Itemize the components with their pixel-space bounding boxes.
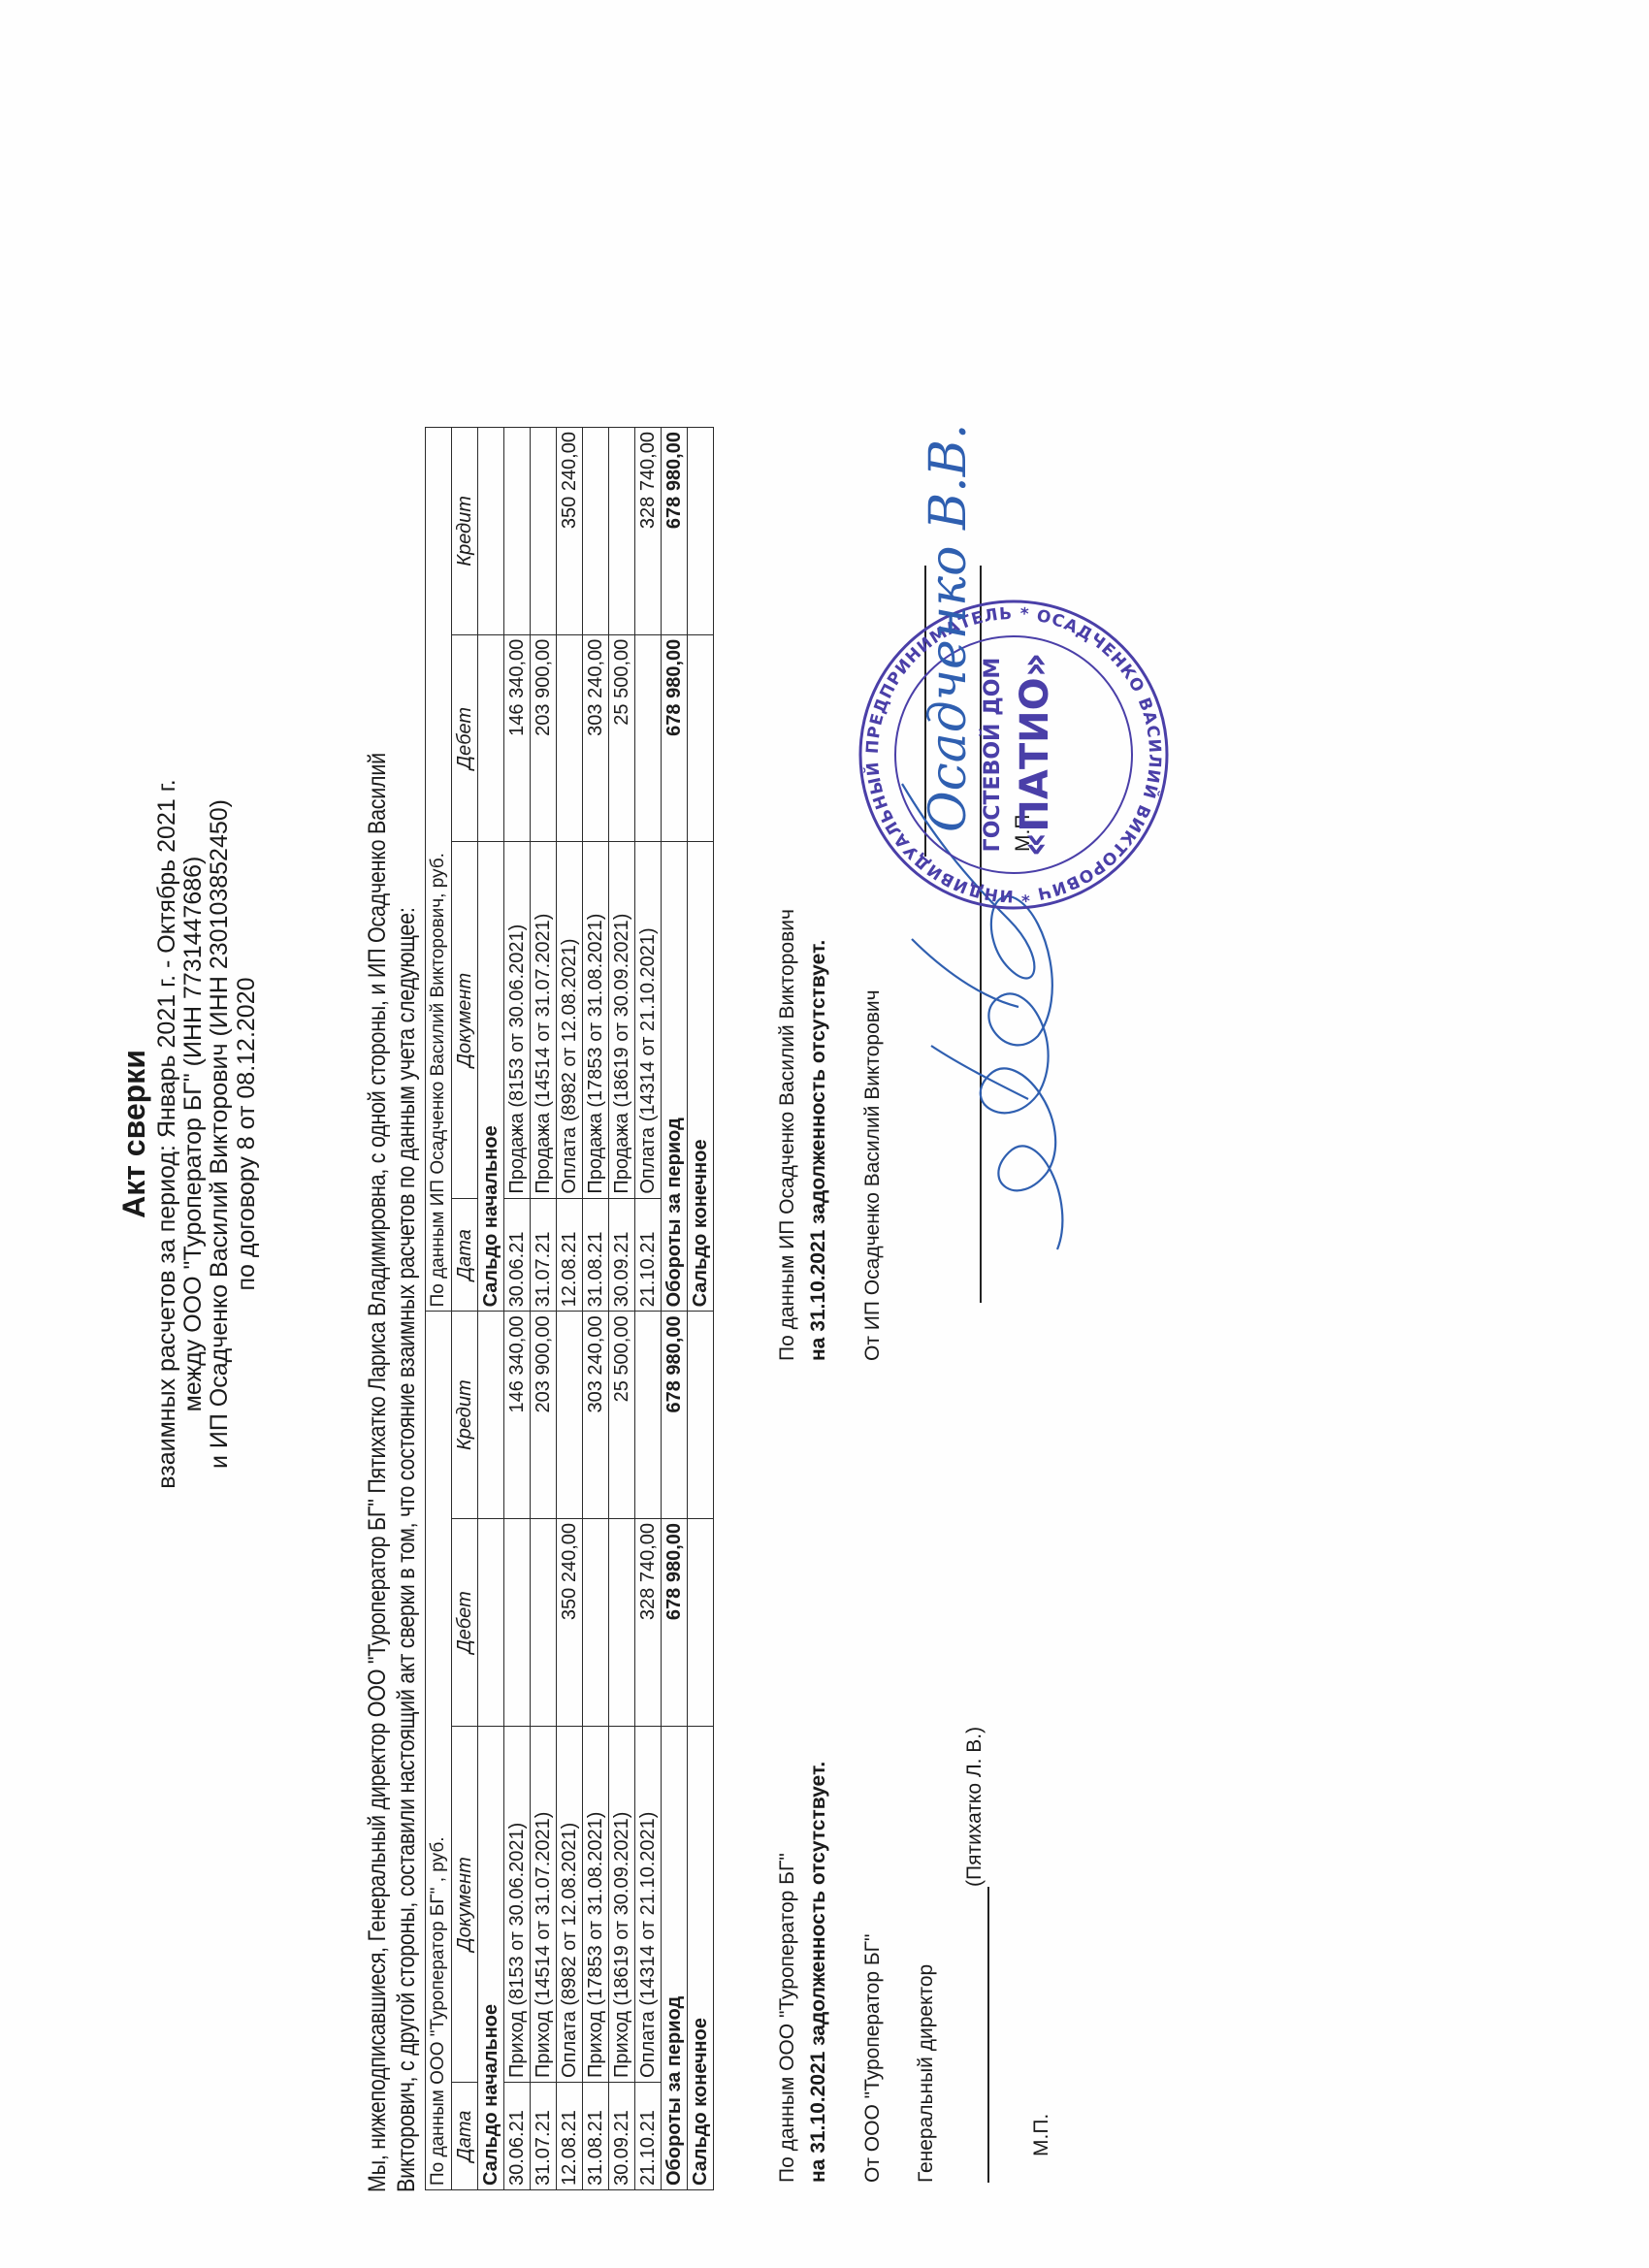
cell-credit-left: 203 900,00 [531, 1312, 557, 1519]
turnover-label-left: Обороты за период [662, 1726, 688, 2189]
cell-date-left: 21.10.21 [635, 2082, 662, 2189]
cell-document-right: Продажа (18619 от 30.09.2021) [609, 842, 635, 1198]
reconciliation-table: По данным ООО "Туроператор БГ" , руб. По… [425, 427, 714, 2190]
left-statement-line-1: По данным ООО "Туроператор БГ" [776, 1853, 799, 2183]
handwritten-name-icon: Осадченко В.В. [912, 328, 989, 832]
subtitle-contract: по договору 8 от 08.12.2020 [233, 0, 261, 2268]
header-debit-right: Дебет [452, 634, 478, 842]
turnover-label-right: Обороты за период [662, 842, 688, 1312]
cell-document-left: Приход (18619 от 30.09.2021) [609, 1726, 635, 2082]
cell-date-right: 31.08.21 [583, 1198, 609, 1312]
right-statement-line-2: на 31.10.2021 задолженность отсутствует. [807, 940, 830, 1361]
document-title: Акт сверки [116, 0, 152, 2268]
handwritten-name-text: Осадченко В.В. [920, 424, 978, 832]
cell-debit-right [557, 634, 583, 842]
cell-document-left: Приход (14514 от 31.07.2021) [531, 1726, 557, 2082]
turnover-credit-right: 678 980,00 [662, 428, 688, 635]
cell-credit-left [557, 1312, 583, 1519]
cell-debit-right: 25 500,00 [609, 634, 635, 842]
cell-date-right: 31.07.21 [531, 1198, 557, 1312]
cell-credit-left: 303 240,00 [583, 1312, 609, 1519]
table-row: 30.06.21Приход (8153 от 30.06.2021)146 3… [504, 428, 531, 2190]
table-header-row: Дата Документ Дебет Кредит Дата Документ… [452, 428, 478, 2190]
transaction-rows: 30.06.21Приход (8153 от 30.06.2021)146 3… [504, 428, 662, 2190]
reconciliation-act-page: Акт сверки взаимных расчетов за период: … [0, 0, 1649, 2268]
subtitle-period: взаимных расчетов за период: Январь 2021… [153, 0, 181, 2268]
cell-debit-left: 350 240,00 [557, 1518, 583, 1726]
cell-date-right: 30.06.21 [504, 1198, 531, 1312]
closing-balance-label-right: Сальдо конечное [688, 842, 714, 1312]
closing-credit-right [688, 428, 714, 635]
cell-date-right: 30.09.21 [609, 1198, 635, 1312]
cell-debit-right: 146 340,00 [504, 634, 531, 842]
cell-document-right: Продажа (8153 от 30.06.2021) [504, 842, 531, 1198]
header-document-left: Документ [452, 1726, 478, 2082]
cell-date-left: 31.08.21 [583, 2082, 609, 2189]
subtitle-parties-1: между ООО "Туроператор БГ" (ИНН 77314476… [179, 0, 208, 2268]
intro-line-2: Викторович, с другой стороны, составили … [393, 907, 421, 2192]
cell-date-left: 30.09.21 [609, 2082, 635, 2189]
cell-credit-right: 350 240,00 [557, 428, 583, 635]
opening-balance-label-left: Сальдо начальное [478, 1726, 504, 2189]
right-statement-date: на 31.10.2021 [807, 1230, 829, 1361]
left-caption: По данным ООО "Туроператор БГ" , руб. [426, 1312, 452, 2190]
cell-credit-right [583, 428, 609, 635]
cell-document-right: Оплата (14314 от 21.10.2021) [635, 842, 662, 1198]
right-statement-line-1: По данным ИП Осадченко Василий Викторови… [776, 909, 799, 1361]
cell-debit-left [531, 1518, 557, 1726]
cell-debit-left [504, 1518, 531, 1726]
turnover-credit-left: 678 980,00 [662, 1312, 688, 1519]
cell-credit-left [635, 1312, 662, 1519]
closing-debit-left [688, 1518, 714, 1726]
cell-credit-left: 25 500,00 [609, 1312, 635, 1519]
cell-credit-left: 146 340,00 [504, 1312, 531, 1519]
table-row: 12.08.21Оплата (8982 от 12.08.2021)350 2… [557, 428, 583, 2190]
cell-document-left: Оплата (8982 от 12.08.2021) [557, 1726, 583, 2082]
header-document-right: Документ [452, 842, 478, 1198]
table-caption-row: По данным ООО "Туроператор БГ" , руб. По… [426, 428, 452, 2190]
opening-credit-left [478, 1312, 504, 1519]
opening-debit-right [478, 634, 504, 842]
table-row: 31.07.21Приход (14514 от 31.07.2021)203 … [531, 428, 557, 2190]
cell-date-left: 12.08.21 [557, 2082, 583, 2189]
left-from-party: От ООО "Туроператор БГ" [861, 1934, 885, 2183]
cell-debit-left [609, 1518, 635, 1726]
closing-balance-row: Сальдо конечное Сальдо конечное [688, 428, 714, 2190]
cell-debit-right [635, 634, 662, 842]
cell-credit-right [504, 428, 531, 635]
cell-debit-left [583, 1518, 609, 1726]
opening-credit-right [478, 428, 504, 635]
closing-balance-label-left: Сальдо конечное [688, 1726, 714, 2189]
header-credit-left: Кредит [452, 1312, 478, 1519]
table-row: 21.10.21Оплата (14314 от 21.10.2021)328 … [635, 428, 662, 2190]
table-row: 30.09.21Приход (18619 от 30.09.2021)25 5… [609, 428, 635, 2190]
closing-debit-right [688, 634, 714, 842]
intro-line-1: Мы, нижеподписавшиеся, Генеральный дирек… [364, 753, 392, 2192]
left-signatory-name: (Пятихатко Л. В.) [963, 1727, 986, 1887]
opening-balance-label-right: Сальдо начальное [478, 842, 504, 1312]
left-signature-line [987, 1887, 989, 2183]
header-date-left: Дата [452, 2082, 478, 2189]
cell-document-left: Приход (17853 от 31.08.2021) [583, 1726, 609, 2082]
opening-balance-row: Сальдо начальное Сальдо начальное [478, 428, 504, 2190]
cell-debit-left: 328 740,00 [635, 1518, 662, 1726]
left-seal-mark: М.П. [1030, 2114, 1053, 2156]
cell-credit-right [531, 428, 557, 635]
right-caption: По данным ИП Осадченко Василий Викторови… [426, 428, 452, 1312]
cell-credit-right: 328 740,00 [635, 428, 662, 635]
stamp-center-line-2: «ПАТИО» [1013, 653, 1057, 858]
cell-date-left: 30.06.21 [504, 2082, 531, 2189]
table-row: 31.08.21Приход (17853 от 31.08.2021)303 … [583, 428, 609, 2190]
subtitle-parties-2: и ИП Осадченко Василий Викторович (ИНН 2… [206, 0, 234, 2268]
cell-document-right: Продажа (17853 от 31.08.2021) [583, 842, 609, 1198]
cell-date-left: 31.07.21 [531, 2082, 557, 2189]
opening-debit-left [478, 1518, 504, 1726]
turnover-debit-right: 678 980,00 [662, 634, 688, 842]
right-statement-rest: задолженность отсутствует. [807, 940, 829, 1230]
cell-date-right: 12.08.21 [557, 1198, 583, 1312]
cell-date-right: 21.10.21 [635, 1198, 662, 1312]
turnover-debit-left: 678 980,00 [662, 1518, 688, 1726]
left-position: Генеральный директор [915, 1964, 938, 2183]
cell-document-left: Приход (8153 от 30.06.2021) [504, 1726, 531, 2082]
cell-document-left: Оплата (14314 от 21.10.2021) [635, 1726, 662, 2082]
header-credit-right: Кредит [452, 428, 478, 635]
cell-credit-right [609, 428, 635, 635]
header-date-right: Дата [452, 1198, 478, 1312]
header-debit-left: Дебет [452, 1518, 478, 1726]
closing-credit-left [688, 1312, 714, 1519]
cell-document-right: Оплата (8982 от 12.08.2021) [557, 842, 583, 1198]
cell-debit-right: 303 240,00 [583, 634, 609, 842]
cell-document-right: Продажа (14514 от 31.07.2021) [531, 842, 557, 1198]
company-stamp-icon: ИНДИВИДУАЛЬНЫЙ ПРЕДПРИНИМАТЕЛЬ * ОСАДЧЕН… [854, 595, 1174, 915]
left-statement-line-2: на 31.10.2021 задолженность отсутствует. [807, 1762, 830, 2183]
turnover-row: Обороты за период 678 980,00 678 980,00 … [662, 428, 688, 2190]
cell-debit-right: 203 900,00 [531, 634, 557, 842]
